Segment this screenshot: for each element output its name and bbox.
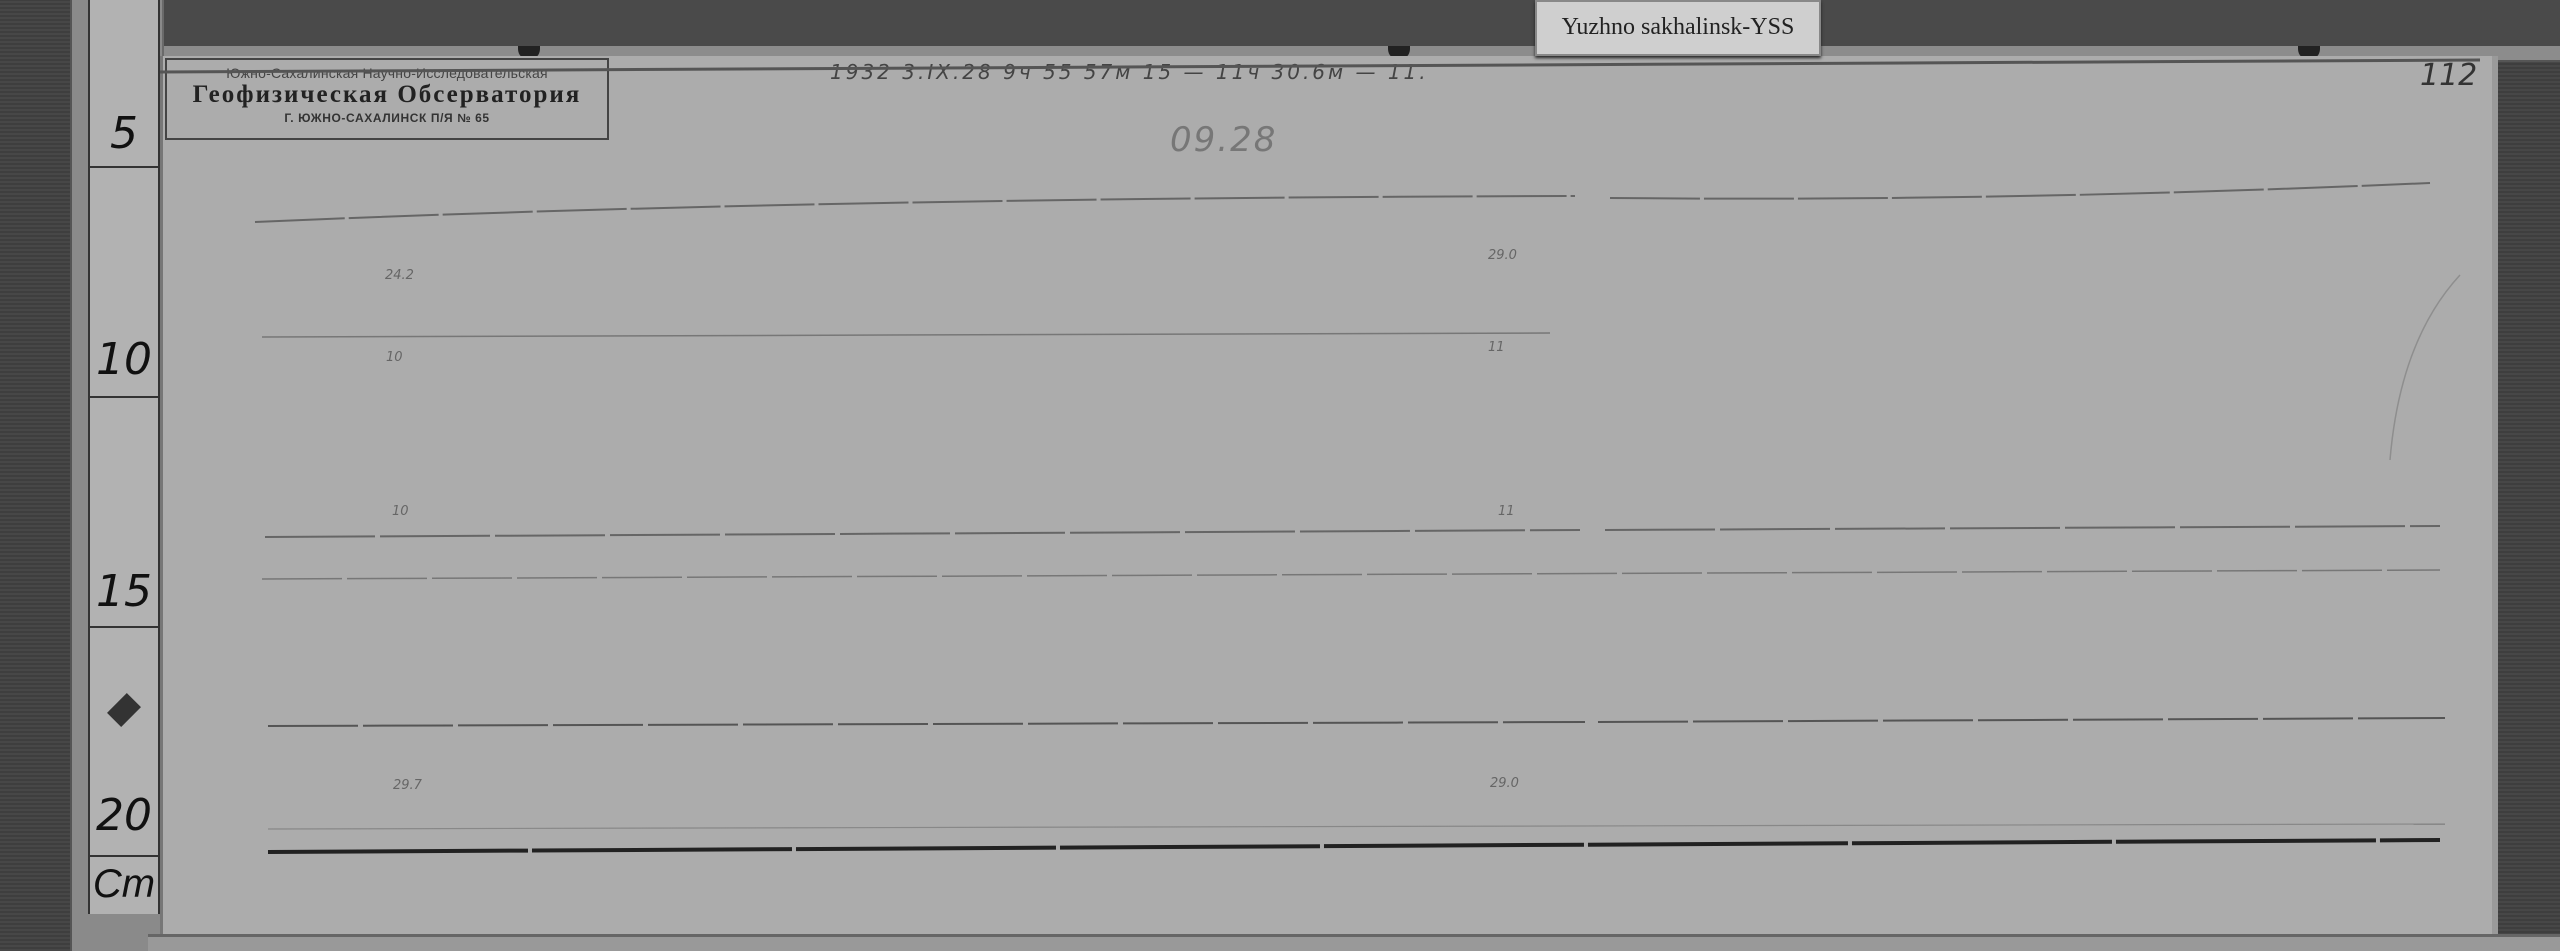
trace-line (265, 530, 1580, 537)
trace-line (1605, 526, 2440, 530)
trace-line (1610, 183, 2430, 199)
trace-line (262, 333, 1550, 337)
trace-line (255, 196, 1575, 222)
baseline-trace (268, 840, 2440, 852)
paper-crease (2390, 275, 2460, 460)
trace-line (1598, 718, 2445, 722)
recorded-traces (0, 0, 2560, 951)
trace-line (268, 722, 1585, 726)
header-trace (160, 60, 2480, 72)
trace-line (268, 824, 2445, 829)
trace-line (262, 570, 2440, 579)
